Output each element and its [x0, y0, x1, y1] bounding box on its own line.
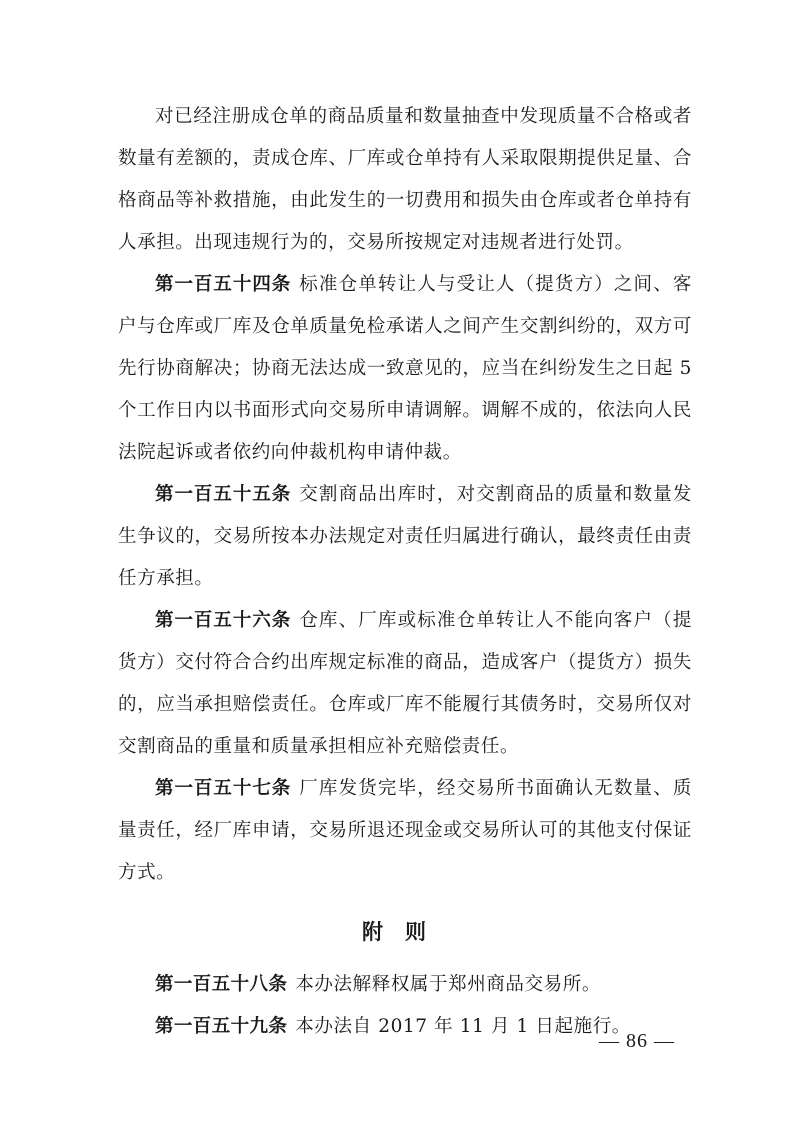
- paragraph-quality-check: 对已经注册成仓单的商品质量和数量抽查中发现质量不合格或者数量有差额的，责成仓库、…: [118, 96, 692, 264]
- article-number: 第一百五十九条: [155, 1016, 287, 1037]
- article-154: 第一百五十四条标准仓单转让人与受让人（提货方）之间、客户与仓库或厂库及仓单质量免…: [118, 264, 692, 474]
- article-157: 第一百五十七条厂库发货完毕，经交易所书面确认无数量、质量责任，经厂库申请，交易所…: [118, 768, 692, 894]
- article-number: 第一百五十八条: [155, 974, 287, 995]
- article-155: 第一百五十五条交割商品出库时，对交割商品的质量和数量发生争议的，交易所按本办法规…: [118, 474, 692, 600]
- article-158: 第一百五十八条本办法解释权属于郑州商品交易所。: [118, 964, 692, 1006]
- article-text: 本办法解释权属于郑州商品交易所。: [295, 974, 601, 995]
- article-number: 第一百五十五条: [155, 484, 291, 505]
- article-number: 第一百五十六条: [155, 610, 291, 631]
- section-title-supplementary-provisions: 附则: [118, 906, 692, 958]
- article-156: 第一百五十六条仓库、厂库或标准仓单转让人不能向客户（提货方）交付符合合约出库规定…: [118, 600, 692, 768]
- article-text: 本办法自 2017 年 11 月 1 日起施行。: [295, 1016, 631, 1037]
- article-number: 第一百五十四条: [155, 274, 291, 295]
- article-number: 第一百五十七条: [155, 778, 291, 799]
- article-text: 标准仓单转让人与受让人（提货方）之间、客户与仓库或厂库及仓单质量免检承诺人之间产…: [118, 274, 692, 463]
- document-page: 对已经注册成仓单的商品质量和数量抽查中发现质量不合格或者数量有差额的，责成仓库、…: [118, 96, 692, 1048]
- paragraph-text: 对已经注册成仓单的商品质量和数量抽查中发现质量不合格或者数量有差额的，责成仓库、…: [118, 106, 692, 253]
- page-number: — 86 —: [599, 1030, 675, 1053]
- article-text: 仓库、厂库或标准仓单转让人不能向客户（提货方）交付符合合约出库规定标准的商品，造…: [118, 610, 692, 757]
